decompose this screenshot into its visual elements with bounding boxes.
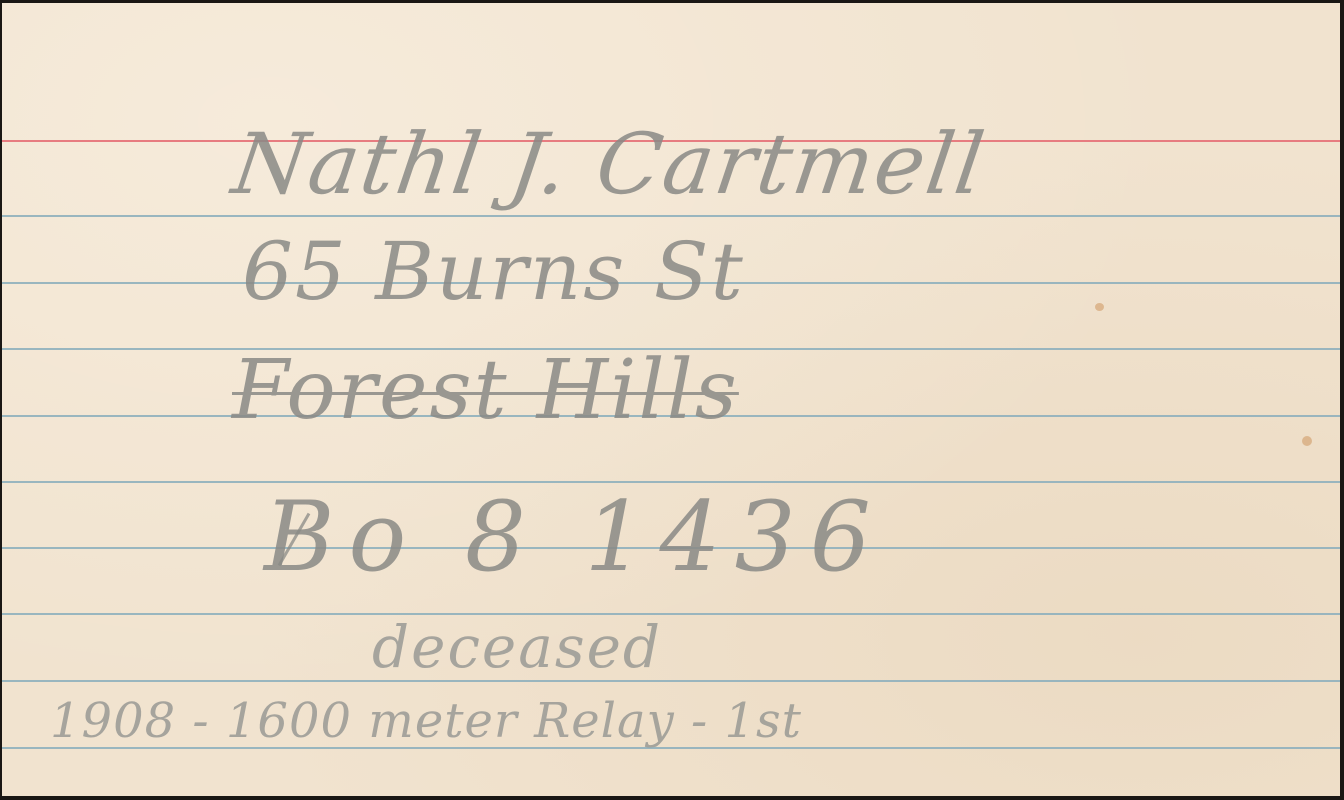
index-card: Nathl J. Cartmell 65 Burns St Forest Hil… <box>2 3 1340 796</box>
handwritten-name: Nathl J. Cartmell <box>227 115 992 213</box>
handwritten-street-address: 65 Burns St <box>242 225 745 318</box>
foxing-spot <box>1095 303 1104 311</box>
handwritten-note: 1908 - 1600 meter Relay - 1st <box>50 693 802 749</box>
ruled-line <box>2 680 1340 682</box>
handwritten-city: Forest Hills <box>232 343 739 438</box>
handwritten-status: deceased <box>372 613 662 681</box>
ruled-line <box>2 215 1340 217</box>
handwritten-phone: Bo 8 1436 <box>264 481 885 593</box>
ruled-line <box>2 613 1340 615</box>
foxing-spot <box>1302 436 1312 446</box>
